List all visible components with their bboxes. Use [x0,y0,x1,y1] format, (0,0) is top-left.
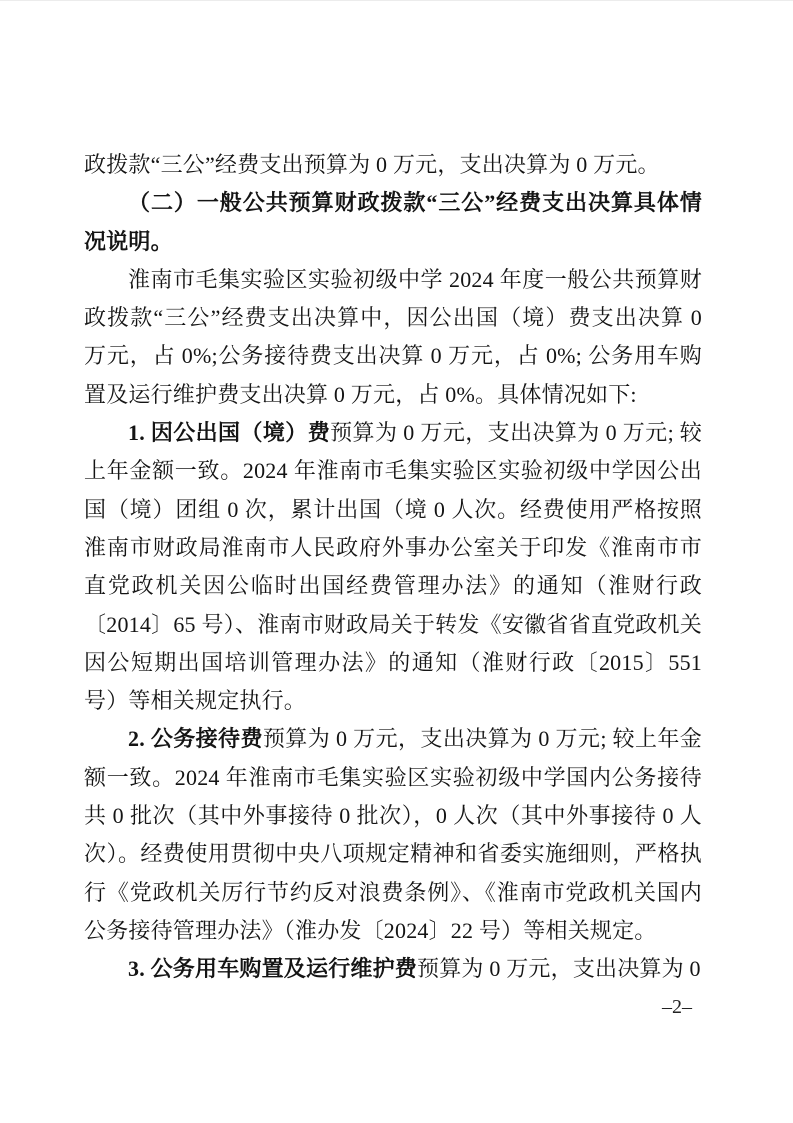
page-number: –2– [662,996,692,1019]
item-2-body: 预算为 0 万元，支出决算为 0 万元; 较上年金额一致。2024 年淮南市毛集… [84,726,702,942]
item-3-label: 3. 公务用车购置及运行维护费 [128,956,417,981]
intro-paragraph: 淮南市毛集实验区实验初级中学 2024 年度一般公共预算财政拨款“三公”经费支出… [84,261,702,414]
item-1-label: 1. 因公出国（境）费 [128,420,330,445]
section-heading: （二）一般公共预算财政拨款“三公”经费支出决算具体情况说明。 [84,184,702,261]
item-1-body: 预算为 0 万元，支出决算为 0 万元; 较上年金额一致。2024 年淮南市毛集… [84,420,702,713]
item-3-paragraph: 3. 公务用车购置及运行维护费预算为 0 万元，支出决算为 0 [84,950,702,988]
item-1-paragraph: 1. 因公出国（境）费预算为 0 万元，支出决算为 0 万元; 较上年金额一致。… [84,414,702,720]
document-body: 政拨款“三公”经费支出预算为 0 万元，支出决算为 0 万元。 （二）一般公共预… [84,146,702,989]
item-2-paragraph: 2. 公务接待费预算为 0 万元，支出决算为 0 万元; 较上年金额一致。202… [84,720,702,950]
item-2-label: 2. 公务接待费 [128,726,263,751]
item-3-body: 预算为 0 万元，支出决算为 0 [417,956,701,981]
paragraph-continuation: 政拨款“三公”经费支出预算为 0 万元，支出决算为 0 万元。 [84,146,702,184]
document-page: 政拨款“三公”经费支出预算为 0 万元，支出决算为 0 万元。 （二）一般公共预… [0,0,793,1123]
